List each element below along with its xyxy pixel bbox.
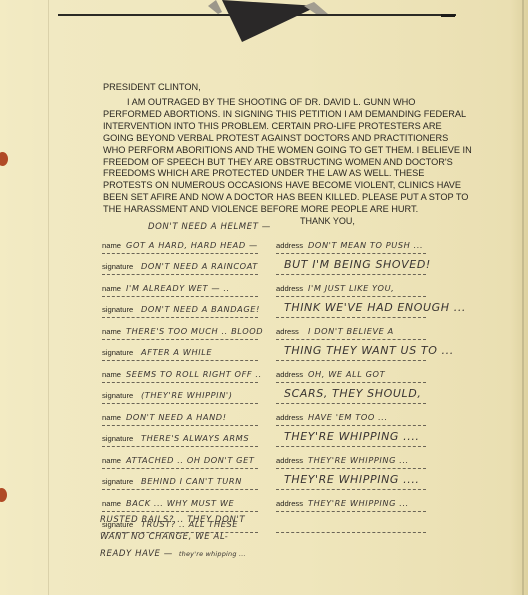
field-label: signature <box>102 348 133 357</box>
handwritten-entry: Think we've had enough ... <box>284 301 466 314</box>
handwritten-entry: Don't mean to push ... <box>308 240 423 250</box>
address-row: They're whipping .... <box>276 469 426 491</box>
petition-body-text: I AM OUTRAGED BY THE SHOOTING OF DR. DAV… <box>103 97 472 214</box>
address-row: Think we've had enough ... <box>276 297 426 319</box>
field-label: signature <box>102 262 133 271</box>
handwritten-line: Rusted rails? .. they don't <box>100 512 300 529</box>
field-label: signature <box>102 434 133 443</box>
handwritten-entry: (they're whippin') <box>141 390 233 400</box>
address-row: adressI don't believe a <box>276 318 426 340</box>
handwritten-entry: There's too much .. blood <box>126 326 263 336</box>
handwritten-entry: Thing they want us to ... <box>284 344 454 357</box>
handwritten-entry: Have 'em too ... <box>308 412 388 422</box>
petition-body: I AM OUTRAGED BY THE SHOOTING OF DR. DAV… <box>103 97 473 216</box>
address-row: addressOh, we all got <box>276 361 426 383</box>
punch-mark <box>0 152 8 166</box>
handwritten-entry: Seems to roll right off .. <box>126 369 262 379</box>
field-label: signature <box>102 477 133 486</box>
ink-mark <box>441 14 455 17</box>
handwritten-entry: Don't need a bandage! <box>141 304 260 314</box>
handwritten-entry: Attached .. oh don't get <box>126 455 254 465</box>
field-label: adress <box>276 327 299 336</box>
handwritten-entry: They're whipping .... <box>284 473 420 486</box>
address-row: They're whipping .... <box>276 426 426 448</box>
handwritten-entry: Behind I can't turn <box>141 476 242 486</box>
salutation: PRESIDENT CLINTON, <box>103 82 201 92</box>
handwritten-entry: They're whipping .... <box>284 430 420 443</box>
handwritten-note: they're whipping ... <box>179 550 246 558</box>
field-label: signature <box>102 391 133 400</box>
handwritten-entry: Back ... why must we <box>126 498 234 508</box>
field-label: name <box>102 499 121 508</box>
field-label: name <box>102 327 121 336</box>
handwritten-line: want no change, we al- <box>100 529 300 546</box>
handwritten-entry: After a while <box>141 347 212 357</box>
address-row: addressThey're whipping ... <box>276 447 426 469</box>
field-label: address <box>276 241 303 250</box>
punch-mark <box>0 488 7 502</box>
petition-page: PRESIDENT CLINTON, I AM OUTRAGED BY THE … <box>0 0 528 595</box>
signature-row: signatureDon't need a bandage! <box>102 297 258 319</box>
field-label: name <box>102 284 121 293</box>
signature-row: signatureBehind I can't turn <box>102 469 258 491</box>
address-row: addressHave 'em too ... <box>276 404 426 426</box>
address-row: addressI'm just like you, <box>276 275 426 297</box>
address-row: Scars, they should, <box>276 383 426 405</box>
handwritten-entry: I don't believe a <box>308 326 394 336</box>
handwritten-entry: There's always arms <box>141 433 249 443</box>
handwritten-entry: Oh, we all got <box>308 369 385 379</box>
signature-row: nameAttached .. oh don't get <box>102 447 258 469</box>
handwritten-entry: Don't need a raincoat <box>141 261 258 271</box>
signature-row: nameSeems to roll right off .. <box>102 361 258 383</box>
handwritten-entry: Got a hard, hard head — <box>126 240 258 250</box>
handwritten-entry: They're whipping ... <box>308 498 409 508</box>
address-row: addressThey're whipping ... <box>276 490 426 512</box>
field-label: address <box>276 370 303 379</box>
handwritten-entry: I'm just like you, <box>308 283 394 293</box>
field-label: address <box>276 284 303 293</box>
address-row: But I'm being shoved! <box>276 254 426 276</box>
field-label: address <box>276 413 303 422</box>
signature-row: signatureThere's always arms <box>102 426 258 448</box>
signature-row: nameThere's too much .. blood <box>102 318 258 340</box>
torn-corner-icon <box>208 0 334 44</box>
handwritten-trailing-lines: Rusted rails? .. they don'twant no chang… <box>100 512 300 563</box>
field-label: address <box>276 456 303 465</box>
page-edge-shadow <box>48 0 49 595</box>
field-label: address <box>276 499 303 508</box>
left-signature-column: nameGot a hard, hard head —signatureDon'… <box>102 232 258 533</box>
handwritten-entry: But I'm being shoved! <box>284 258 431 271</box>
handwritten-entry: I'm already wet — .. <box>126 283 230 293</box>
handwritten-entry: They're whipping ... <box>308 455 409 465</box>
signature-row: signatureAfter a while <box>102 340 258 362</box>
field-label: name <box>102 413 121 422</box>
signature-row: nameI'm already wet — .. <box>102 275 258 297</box>
handwritten-header: Don't need a helmet — <box>148 222 271 232</box>
right-address-column: addressDon't mean to push ...But I'm bei… <box>276 232 426 533</box>
handwritten-line: ready have —they're whipping ... <box>100 546 300 563</box>
field-label: name <box>102 370 121 379</box>
address-row: addressDon't mean to push ... <box>276 232 426 254</box>
field-label: name <box>102 241 121 250</box>
field-label: signature <box>102 305 133 314</box>
address-row: Thing they want us to ... <box>276 340 426 362</box>
signature-row: nameDon't need a hand! <box>102 404 258 426</box>
handwritten-entry: Scars, they should, <box>284 387 421 400</box>
handwritten-entry: Don't need a hand! <box>126 412 227 422</box>
signature-row: signatureDon't need a raincoat <box>102 254 258 276</box>
page-edge-shadow <box>522 0 524 595</box>
closing: THANK YOU, <box>300 216 355 226</box>
field-label: name <box>102 456 121 465</box>
signature-row: signature(they're whippin') <box>102 383 258 405</box>
handwritten-line-text: ready have — <box>100 549 173 559</box>
signature-row: nameBack ... why must we <box>102 490 258 512</box>
signature-row: nameGot a hard, hard head — <box>102 232 258 254</box>
